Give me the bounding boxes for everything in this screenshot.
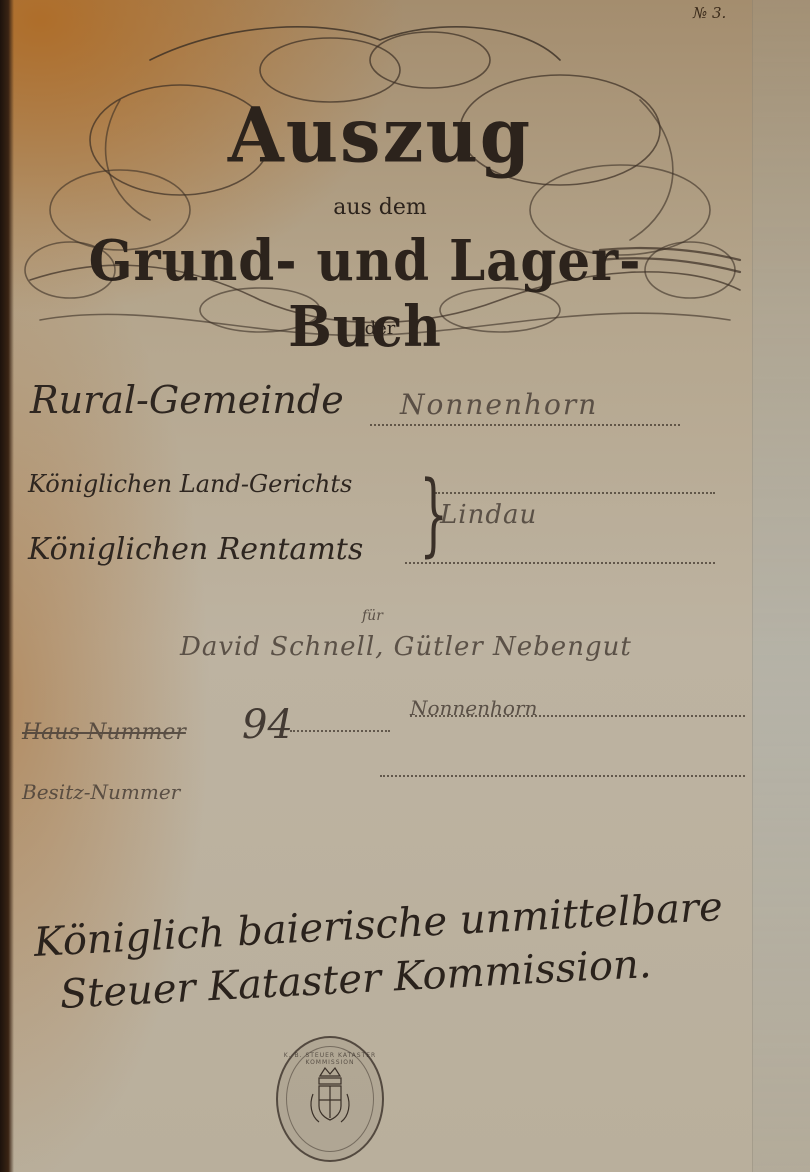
official-seal: K. B. STEUER KATASTER KOMMISSION xyxy=(276,1036,384,1162)
owner-prefix: für xyxy=(362,608,383,624)
rent-office-label: Königlichen Rentamts xyxy=(28,532,363,567)
court-dotted-line xyxy=(435,492,715,494)
place-dotted-line xyxy=(410,715,745,717)
court-rentamt-value: Lindau xyxy=(440,500,537,530)
house-number-value: 94 xyxy=(242,702,293,748)
municipality-label: Rural-Gemeinde xyxy=(30,378,344,422)
rent-office-dotted-line xyxy=(405,562,715,564)
next-page-edge xyxy=(752,0,810,1172)
house-number-dotted-line xyxy=(290,730,390,732)
possession-number-dotted-line xyxy=(380,775,745,777)
register-name: Grund- und Lager-Buch xyxy=(80,228,650,360)
owner-value: David Schnell, Gütler Nebengut xyxy=(180,632,632,662)
court-label: Königlichen Land-Gerichts xyxy=(28,470,352,498)
municipality-dotted-line xyxy=(370,424,680,426)
bavarian-crest-icon xyxy=(305,1064,355,1134)
possession-number-label: Besitz-Nummer xyxy=(22,780,180,804)
municipality-value: Nonnenhorn xyxy=(400,388,598,421)
house-number-label: Haus-Nummer xyxy=(22,720,186,745)
document-subtitle: aus dem xyxy=(310,195,450,220)
header-connector: der xyxy=(350,318,410,339)
document-page: № 3. Auszug aus dem Grund- und Lager-Buc… xyxy=(0,0,810,1172)
document-title: Auszug xyxy=(200,90,560,179)
